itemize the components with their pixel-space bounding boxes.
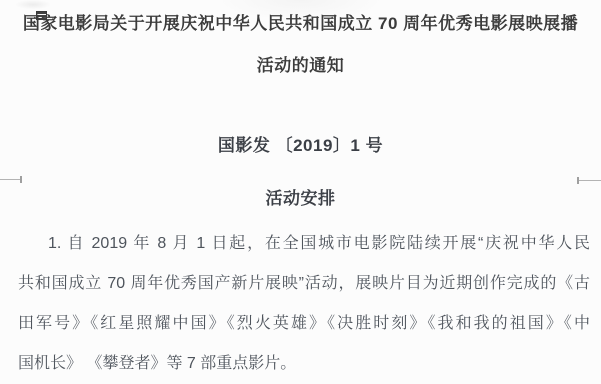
document-number: 国影发 〔2019〕1 号 [0, 134, 601, 158]
section-heading: 活动安排 [0, 187, 601, 211]
right-crop-mark [577, 180, 601, 181]
document-title: 国家电影局关于开展庆祝中华人民共和国成立 70 周年优秀电影展映展播 活动的通知 [0, 3, 601, 87]
body-paragraph: 1. 自 2019 年 8 月 1 日起，在全国城市电影院陆续开展“庆祝中华人民… [18, 224, 590, 384]
right-crop-mark-tick [577, 177, 579, 184]
paragraph-line: 共和国成立 70 周年优秀国产新片展映”活动，展映片目为近期创作完成的《古 [18, 264, 590, 304]
paragraph-line: 田军号》《红星照耀中国》《烈火英雄》《决胜时刻》《我和我的祖国》《中 [18, 304, 590, 344]
left-crop-mark [0, 179, 22, 180]
paragraph-line: 国机长》 《攀登者》等 7 部重点影片。 [18, 344, 590, 384]
document-page: 国家电影局关于开展庆祝中华人民共和国成立 70 周年优秀电影展映展播 活动的通知… [0, 0, 601, 384]
paragraph-line: 1. 自 2019 年 8 月 1 日起，在全国城市电影院陆续开展“庆祝中华人民 [18, 224, 590, 264]
document-title-line1: 国家电影局关于开展庆祝中华人民共和国成立 70 周年优秀电影展映展播 [0, 3, 601, 45]
document-title-line2: 活动的通知 [0, 45, 601, 87]
left-crop-mark-tick [20, 176, 22, 183]
